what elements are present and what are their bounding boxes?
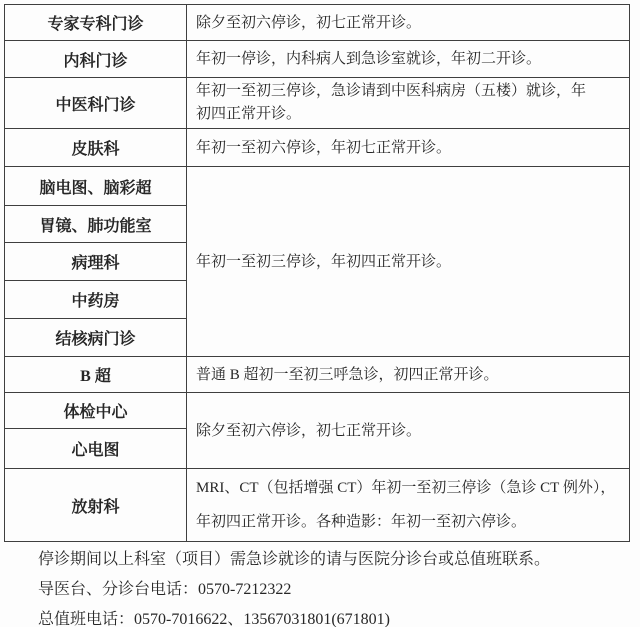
table-row: 体检中心 除夕至初六停诊，初七正常开诊。 bbox=[5, 393, 630, 429]
table-row: 专家专科门诊 除夕至初六停诊，初七正常开诊。 bbox=[5, 5, 630, 41]
note-duty-phone: 总值班电话：0570-7016622、13567031801(671801) bbox=[38, 605, 640, 627]
info-line: 初四正常开诊。 bbox=[196, 103, 625, 126]
dept-cell-ecg: 心电图 bbox=[5, 429, 187, 469]
table-row: 放射科 MRI、CT（包括增强 CT）年初一至初三停诊（急诊 CT 例外）， 年… bbox=[5, 469, 630, 542]
dept-cell-gastroscopy-pulmonary: 胃镜、肺功能室 bbox=[5, 206, 187, 243]
info-cell-merged-exam-ecg: 除夕至初六停诊，初七正常开诊。 bbox=[187, 393, 630, 469]
dept-cell-expert-specialist-clinic: 专家专科门诊 bbox=[5, 5, 187, 41]
dept-cell-physical-exam-center: 体检中心 bbox=[5, 393, 187, 429]
dept-cell-eeg-tcd: 脑电图、脑彩超 bbox=[5, 167, 187, 206]
note-emergency-contact: 停诊期间以上科室（项目）需急诊就诊的请与医院分诊台或总值班联系。 bbox=[38, 545, 640, 575]
info-line: 年初一至初三停诊，急诊请到中医科病房（五楼）就诊，年 bbox=[196, 80, 625, 103]
info-cell-expert-specialist-clinic: 除夕至初六停诊，初七正常开诊。 bbox=[187, 5, 630, 41]
footer-notes: 停诊期间以上科室（项目）需急诊就诊的请与医院分诊台或总值班联系。 导医台、分诊台… bbox=[38, 545, 640, 627]
note-guide-desk-phone: 导医台、分诊台电话：0570-7212322 bbox=[38, 575, 640, 605]
info-cell-dermatology: 年初一至初六停诊，年初七正常开诊。 bbox=[187, 129, 630, 167]
dept-cell-radiology: 放射科 bbox=[5, 469, 187, 542]
dept-cell-b-ultrasound: B 超 bbox=[5, 357, 187, 393]
dept-cell-tcm-pharmacy: 中药房 bbox=[5, 281, 187, 319]
dept-cell-tuberculosis-clinic: 结核病门诊 bbox=[5, 319, 187, 357]
info-cell-merged-group: 年初一至初三停诊，年初四正常开诊。 bbox=[187, 167, 630, 357]
schedule-table: 专家专科门诊 除夕至初六停诊，初七正常开诊。 内科门诊 年初一停诊，内科病人到急… bbox=[4, 4, 630, 542]
dept-cell-tcm-clinic: 中医科门诊 bbox=[5, 78, 187, 129]
info-line: 年初四正常开诊。各种造影：年初一至初六停诊。 bbox=[196, 505, 625, 539]
dept-cell-internal-medicine-clinic: 内科门诊 bbox=[5, 41, 187, 78]
dept-cell-dermatology: 皮肤科 bbox=[5, 129, 187, 167]
dept-cell-pathology: 病理科 bbox=[5, 243, 187, 281]
table-row: 内科门诊 年初一停诊，内科病人到急诊室就诊，年初二开诊。 bbox=[5, 41, 630, 78]
table-row: B 超 普通 B 超初一至初三呼急诊，初四正常开诊。 bbox=[5, 357, 630, 393]
info-cell-tcm-clinic: 年初一至初三停诊，急诊请到中医科病房（五楼）就诊，年 初四正常开诊。 bbox=[187, 78, 630, 129]
table-row: 脑电图、脑彩超 年初一至初三停诊，年初四正常开诊。 bbox=[5, 167, 630, 206]
table-row: 皮肤科 年初一至初六停诊，年初七正常开诊。 bbox=[5, 129, 630, 167]
table-row: 中医科门诊 年初一至初三停诊，急诊请到中医科病房（五楼）就诊，年 初四正常开诊。 bbox=[5, 78, 630, 129]
info-cell-b-ultrasound: 普通 B 超初一至初三呼急诊，初四正常开诊。 bbox=[187, 357, 630, 393]
info-cell-radiology: MRI、CT（包括增强 CT）年初一至初三停诊（急诊 CT 例外）， 年初四正常… bbox=[187, 469, 630, 542]
info-cell-internal-medicine-clinic: 年初一停诊，内科病人到急诊室就诊，年初二开诊。 bbox=[187, 41, 630, 78]
holiday-schedule-notice: 专家专科门诊 除夕至初六停诊，初七正常开诊。 内科门诊 年初一停诊，内科病人到急… bbox=[0, 4, 640, 627]
info-line: MRI、CT（包括增强 CT）年初一至初三停诊（急诊 CT 例外）， bbox=[196, 471, 625, 505]
